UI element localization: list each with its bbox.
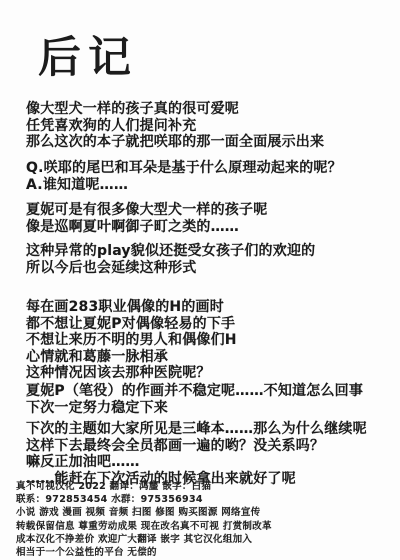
- body-line: 下次一定努力稳定下来: [26, 400, 394, 417]
- credits-services-line: 小说 游戏 漫画 视频 音频 扫图 修图 购买图源 网络宣传: [16, 506, 396, 519]
- body-line: 每在画283职业偶像的H的画时: [26, 299, 394, 316]
- body-line: 所以今后也会延续这种形式: [26, 260, 394, 277]
- body-line: 任凭喜欢狗的人们提问补充: [26, 118, 394, 135]
- body-line: 那么这次的本子就把咲耶的那一面全面展示出来: [26, 134, 394, 151]
- body-line: 夏妮可是有很多像大型犬一样的孩子呢: [26, 202, 394, 219]
- credits-group-line: 真不可视汉化 2022 翻译：鸿麈 嵌字：白猫: [16, 480, 396, 493]
- paragraph-drawing-feelings: 每在画283职业偶像的H的画时 都不想让夏妮P对偶像轻易的下手 不想让来历不明的…: [26, 299, 394, 382]
- paragraph-next-book: 下次的主题如大家所见是三峰本……那么为什么继续呢 这样下去最终会全员都画一遍的哟…: [26, 421, 394, 487]
- body-line: 这种情况因该去那种医院呢？: [26, 365, 394, 382]
- page-title: 后记: [38, 24, 138, 85]
- body-paragraphs: 像大型犬一样的孩子真的很可爱呢 任凭喜欢狗的人们提问补充 那么这次的本子就把咲耶…: [26, 101, 394, 487]
- body-line: 心情就和葛藤一脉相承: [26, 349, 394, 366]
- body-line: 这种异常的play貌似还挺受女孩子们的欢迎的: [26, 243, 394, 260]
- body-line: 像是巡啊夏叶啊御子町之类的……: [26, 219, 394, 236]
- body-line: A.谁知道呢……: [26, 177, 394, 194]
- paragraph-shiny-girls: 夏妮可是有很多像大型犬一样的孩子呢 像是巡啊夏叶啊御子町之类的……: [26, 202, 394, 235]
- paragraph-intro: 像大型犬一样的孩子真的很可爱呢 任凭喜欢狗的人们提问补充 那么这次的本子就把咲耶…: [26, 101, 394, 151]
- body-line: 夏妮P（笔役）的作画并不稳定呢……不知道怎么回事: [26, 383, 394, 400]
- body-line: 都不想让夏妮P对偶像轻易的下手: [26, 316, 394, 333]
- paragraph-art-stability: 夏妮P（笔役）的作画并不稳定呢……不知道怎么回事 下次一定努力稳定下来: [26, 383, 394, 416]
- credits-notice-line: 转载保留信息 尊重劳动成果 现在改名真不可视 打赏制改革: [16, 520, 396, 533]
- body-line: 下次的主题如大家所见是三峰本……那么为什么继续呢: [26, 421, 394, 438]
- credits-recruit-line: 成本汉化不挣差价 欢迎广大翻译 嵌字 其它汉化组加入: [16, 533, 396, 546]
- body-line: 嘛反正加油吧……: [26, 454, 394, 471]
- body-line: Q.咲耶的尾巴和耳朵是基于什么原理动起来的呢？: [26, 160, 394, 177]
- credits-platform-line: 相当于一个公益性的平台 无偿的: [16, 546, 396, 559]
- credits-contact-line: 联系：972853454 水群：975356934: [16, 493, 396, 506]
- body-line: 不想让来历不明的男人和偶像们H: [26, 332, 394, 349]
- paragraph-qa: Q.咲耶的尾巴和耳朵是基于什么原理动起来的呢？ A.谁知道呢……: [26, 160, 394, 193]
- paragraph-play-style: 这种异常的play貌似还挺受女孩子们的欢迎的 所以今后也会延续这种形式: [26, 243, 394, 276]
- afterword-page: 后记 像大型犬一样的孩子真的很可爱呢 任凭喜欢狗的人们提问补充 那么这次的本子就…: [0, 0, 400, 560]
- body-line: 这样下去最终会全员都画一遍的哟？没关系吗？: [26, 438, 394, 455]
- body-line: 像大型犬一样的孩子真的很可爱呢: [26, 101, 394, 118]
- scanlation-credits: 真不可视汉化 2022 翻译：鸿麈 嵌字：白猫 联系：972853454 水群：…: [16, 480, 396, 559]
